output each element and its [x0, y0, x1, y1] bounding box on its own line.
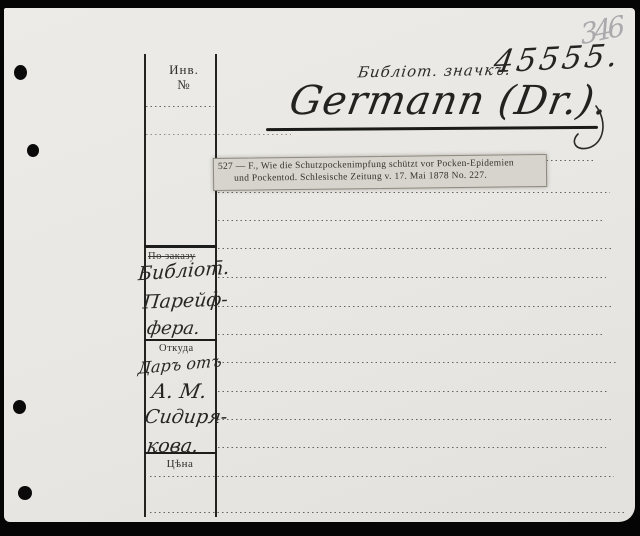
- origin-handwriting-3: Сидиря-: [143, 406, 228, 428]
- punch-hole: [18, 486, 32, 500]
- ruled-line: [146, 134, 291, 136]
- origin-handwriting-4: кова.: [145, 435, 199, 457]
- origin-handwriting-2: А. М.: [150, 379, 209, 403]
- ruled-line: [218, 306, 614, 308]
- section-divider: [144, 245, 217, 248]
- order-handwriting-2: Парейф-: [142, 288, 229, 313]
- order-handwriting-3: фера.: [146, 318, 202, 339]
- ruled-line: [150, 512, 624, 514]
- price-label: Цѣна: [146, 458, 214, 470]
- inventory-label-line1: Инв.: [150, 62, 218, 78]
- punch-hole: [14, 65, 27, 80]
- ruled-line: [218, 277, 606, 279]
- inventory-label-line2: №: [150, 77, 218, 93]
- ruled-line: [218, 248, 612, 250]
- ruled-line: [218, 419, 614, 421]
- section-divider: [144, 339, 217, 341]
- pasted-reference-label: 527 — F., Wie die Schutzpockenimpfung sc…: [213, 154, 547, 191]
- pen-flourish: [552, 104, 612, 156]
- accession-number: 45555.: [491, 38, 623, 81]
- ruled-line: [218, 220, 604, 222]
- author-underline: [266, 126, 598, 131]
- ruled-line: [146, 106, 214, 108]
- ruled-line: [218, 447, 606, 449]
- punch-hole: [27, 144, 39, 157]
- ruled-line: [218, 192, 610, 194]
- reference-line2: und Pockentod. Schlesische Zeitung v. 17…: [218, 169, 542, 185]
- ruled-line: [218, 391, 608, 393]
- catalog-card: 346 Инв. № Библіот. значкъ. 45555. Germa…: [4, 8, 635, 522]
- origin-label: Откуда: [159, 343, 194, 354]
- ruled-line: [150, 476, 614, 478]
- ruled-line: [218, 334, 602, 336]
- column-right-rule: [215, 54, 217, 517]
- ruled-line: [218, 362, 616, 364]
- punch-hole: [13, 400, 26, 414]
- origin-handwriting-1: Даръ отъ: [137, 351, 222, 378]
- scanned-catalog-card-photo: 346 Инв. № Библіот. значкъ. 45555. Germa…: [0, 0, 640, 536]
